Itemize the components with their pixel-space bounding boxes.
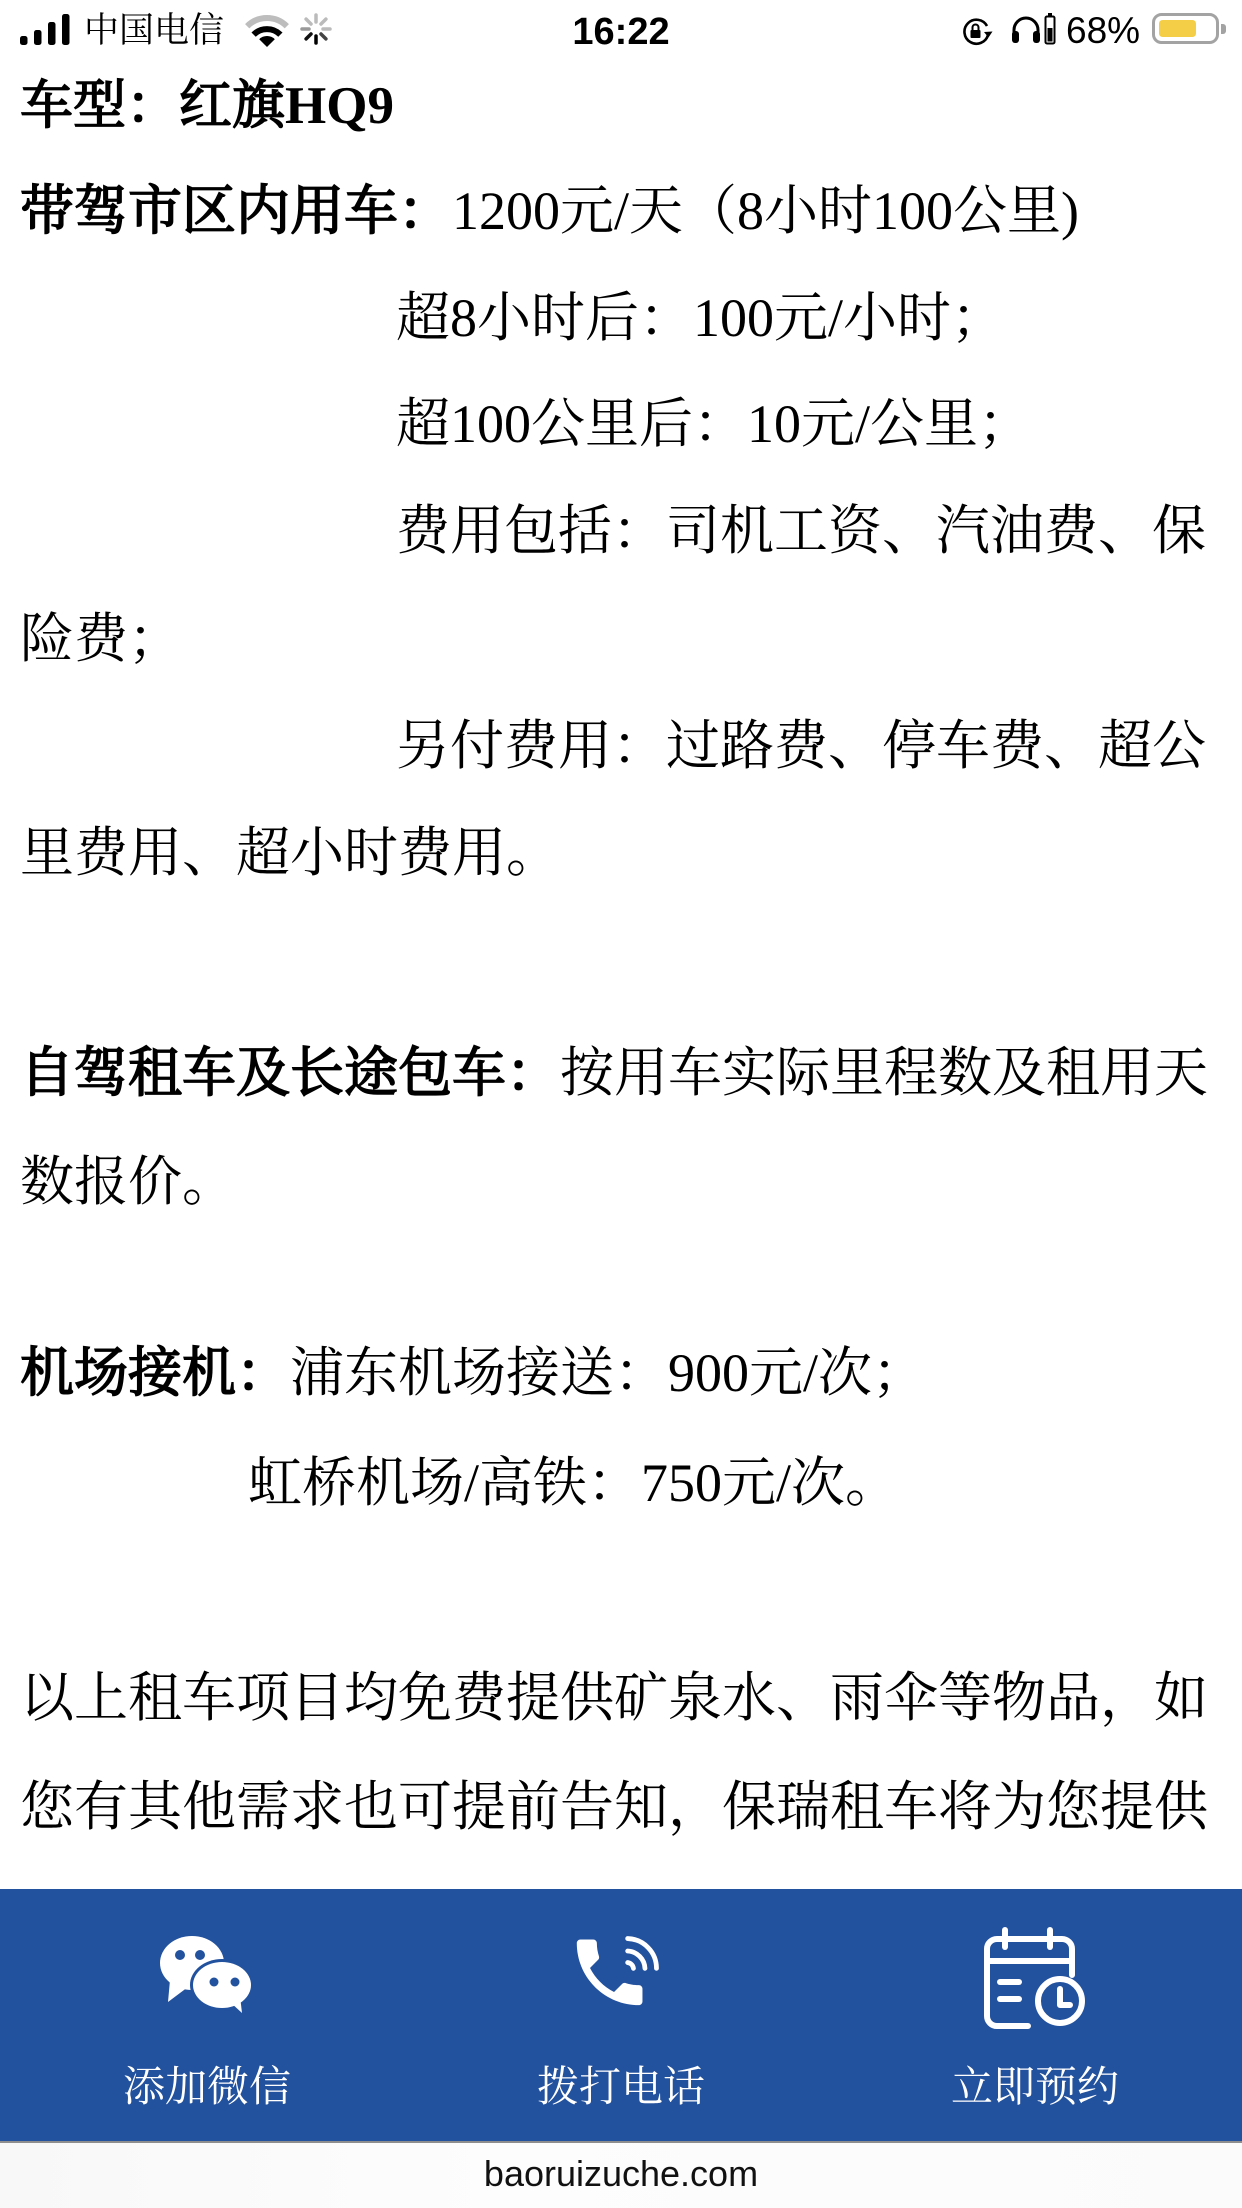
- chauffeur-city-label: 带驾市区内用车：: [20, 181, 452, 241]
- status-bar: 中国电信 16:22 68%: [0, 0, 1242, 60]
- call-phone-button[interactable]: 拨打电话: [414, 1889, 828, 2141]
- book-now-label[interactable]: 立即预约: [828, 2062, 1242, 2112]
- note-line-1: 以上租车项目均免费提供矿泉水、雨伞等物品，如: [20, 1644, 1208, 1752]
- overtime-fee: 超8小时后：100元/小时；: [396, 264, 1005, 372]
- pudong-price: 浦东机场接送：900元/次；: [290, 1343, 926, 1403]
- chauffeur-city-line: 带驾市区内用车：1200元/天（8小时100公里): [20, 157, 1079, 265]
- orientation-lock-icon: [960, 16, 994, 46]
- battery-icon: [1152, 13, 1228, 45]
- hongqiao-price: 虹桥机场/高铁：750元/次。: [248, 1429, 899, 1537]
- headphones-battery-icon: [1044, 13, 1056, 45]
- battery-percentage: 68%: [1066, 0, 1140, 62]
- car-model-value: 红旗HQ9: [179, 77, 394, 135]
- self-drive-text: 按用车实际里程数及租用天: [560, 1043, 1208, 1103]
- url-text[interactable]: baoruizuche.com: [0, 2143, 1242, 2205]
- self-drive-line-1: 自驾租车及长途包车：按用车实际里程数及租用天: [20, 1019, 1208, 1127]
- note-line-2: 您有其他需求也可提前告知，保瑞租车将为您提供: [20, 1753, 1208, 1861]
- calendar-clock-icon[interactable]: [978, 1925, 1090, 2037]
- fee-includes-line-2: 险费；: [20, 585, 182, 693]
- book-now-button[interactable]: 立即预约: [828, 1889, 1242, 2141]
- car-model-label: 车型：: [20, 77, 179, 135]
- extra-fees-line-2: 里费用、超小时费用。: [20, 799, 560, 907]
- extra-fees-line-1: 另付费用：过路费、停车费、超公: [396, 692, 1206, 800]
- car-model-title: 车型：红旗HQ9: [20, 52, 394, 160]
- headphones-icon: [1010, 15, 1042, 45]
- bottom-action-bar: 添加微信 拨打电话: [0, 1889, 1242, 2141]
- call-phone-label[interactable]: 拨打电话: [414, 2062, 828, 2112]
- phone-icon[interactable]: [572, 1928, 668, 2024]
- chauffeur-city-price: 1200元/天（8小时100公里): [452, 181, 1079, 241]
- wechat-icon[interactable]: [156, 1930, 256, 2022]
- fee-includes-line-1: 费用包括：司机工资、汽油费、保: [396, 477, 1206, 585]
- overmileage-fee: 超100公里后：10元/公里；: [396, 370, 1032, 478]
- self-drive-label: 自驾租车及长途包车：: [20, 1043, 560, 1103]
- airport-line-1: 机场接机：浦东机场接送：900元/次；: [20, 1319, 926, 1427]
- browser-url-bar[interactable]: baoruizuche.com: [0, 2143, 1242, 2208]
- add-wechat-button[interactable]: 添加微信: [0, 1889, 414, 2141]
- airport-label: 机场接机：: [20, 1343, 290, 1403]
- add-wechat-label[interactable]: 添加微信: [0, 2062, 414, 2112]
- self-drive-line-2: 数报价。: [20, 1128, 236, 1236]
